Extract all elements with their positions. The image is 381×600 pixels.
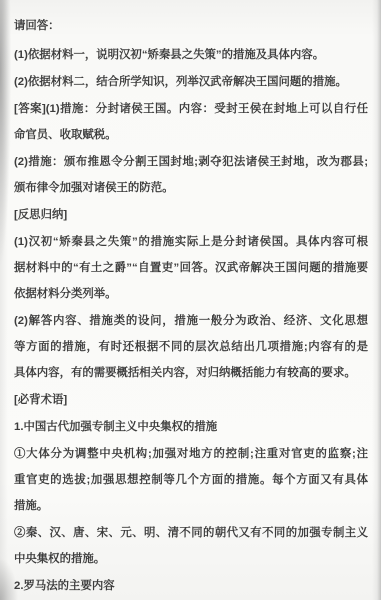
text-line: 据材料中的“有土之爵”“自置吏”回答。汉武帝解决王国问题的措施要 [14, 255, 368, 281]
text-line: (2)解答内容、措施类的设问，措施一般分为政治、经济、文化思想 [14, 308, 368, 334]
question-2: (2)依据材料二，结合所学知识，列举汉武帝解决王国问题的措施。 [14, 69, 368, 95]
text-line: (1)汉初“矫秦县之失策”的措施实际上是分封诸侯国。具体内容可根 [14, 229, 368, 255]
term-2-title: 2.罗马法的主要内容 [14, 573, 368, 599]
text-line: 中央集权的措施。 [14, 546, 368, 572]
text-line: 依据材料分类列举。 [14, 281, 368, 307]
prompt-paragraph: 请回答： [14, 13, 368, 39]
section-label: [必背术语] [14, 387, 368, 413]
reflection-point-2: (2)解答内容、措施类的设问，措施一般分为政治、经济、文化思想 等方面的措施，有… [14, 308, 368, 386]
text-line: (2)依据材料二，结合所学知识，列举汉武帝解决王国问题的措施。 [14, 69, 368, 95]
text-line: 重官吏的选拔;加强思想控制等几个方面的措施。每个方面又有具体 [14, 467, 368, 493]
term-1-point-2: ②秦、汉、唐、宋、元、明、清不同的朝代又有不同的加强专制主义 中央集权的措施。 [14, 520, 368, 572]
text-line: 2.罗马法的主要内容 [14, 573, 368, 599]
term-1-point-1: ①大体分为调整中央机构;加强对地方的控制;注重对官吏的监察;注 重官吏的选拔;加… [14, 441, 368, 519]
reflection-point-1: (1)汉初“矫秦县之失策”的措施实际上是分封诸侯国。具体内容可根 据材料中的“有… [14, 229, 368, 307]
term-1-title: 1.中国古代加强专制主义中央集权的措施 [14, 414, 368, 440]
text-line: ②秦、汉、唐、宋、元、明、清不同的朝代又有不同的加强专制主义 [14, 520, 368, 546]
document-photo: 请回答： (1)依据材料一，说明汉初“矫秦县之失策”的措施及具体内容。 (2)依… [0, 0, 381, 600]
section-reflection-header: [反思归纳] [14, 202, 368, 228]
text-line: 请回答： [14, 13, 368, 39]
text-line: 1.中国古代加强专制主义中央集权的措施 [14, 414, 368, 440]
answer-part-1: [答案](1)措施：分封诸侯王国。内容：受封王侯在封地上可以自行任 命官员、收取… [14, 96, 368, 148]
text-line: 具体内容，有的需要概括相关内容，对归纳概括能力有较高的要求。 [14, 360, 368, 386]
section-terms-header: [必背术语] [14, 387, 368, 413]
document-text: 请回答： (1)依据材料一，说明汉初“矫秦县之失策”的措施及具体内容。 (2)依… [0, 0, 381, 599]
text-line: [答案](1)措施：分封诸侯王国。内容：受封王侯在封地上可以自行任 [14, 96, 368, 122]
section-label: [反思归纳] [14, 202, 368, 228]
text-line: ①大体分为调整中央机构;加强对地方的控制;注重对官吏的监察;注 [14, 441, 368, 467]
text-line: 措施。 [14, 493, 368, 519]
answer-part-2: (2)措施：颁布推恩令分割王国封地;剥夺犯法诸侯王封地，改为郡县; 颁布律令加强… [14, 149, 368, 201]
text-line: (1)依据材料一，说明汉初“矫秦县之失策”的措施及具体内容。 [14, 42, 368, 68]
text-line: 颁布律令加强对诸侯王的防范。 [14, 175, 368, 201]
text-line: 等方面的措施，有时还根据不同的层次总结出几项措施;内容有的是 [14, 334, 368, 360]
text-line: (2)措施：颁布推恩令分割王国封地;剥夺犯法诸侯王封地，改为郡县; [14, 149, 368, 175]
question-1: (1)依据材料一，说明汉初“矫秦县之失策”的措施及具体内容。 [14, 42, 368, 68]
text-line: 命官员、收取赋税。 [14, 122, 368, 148]
